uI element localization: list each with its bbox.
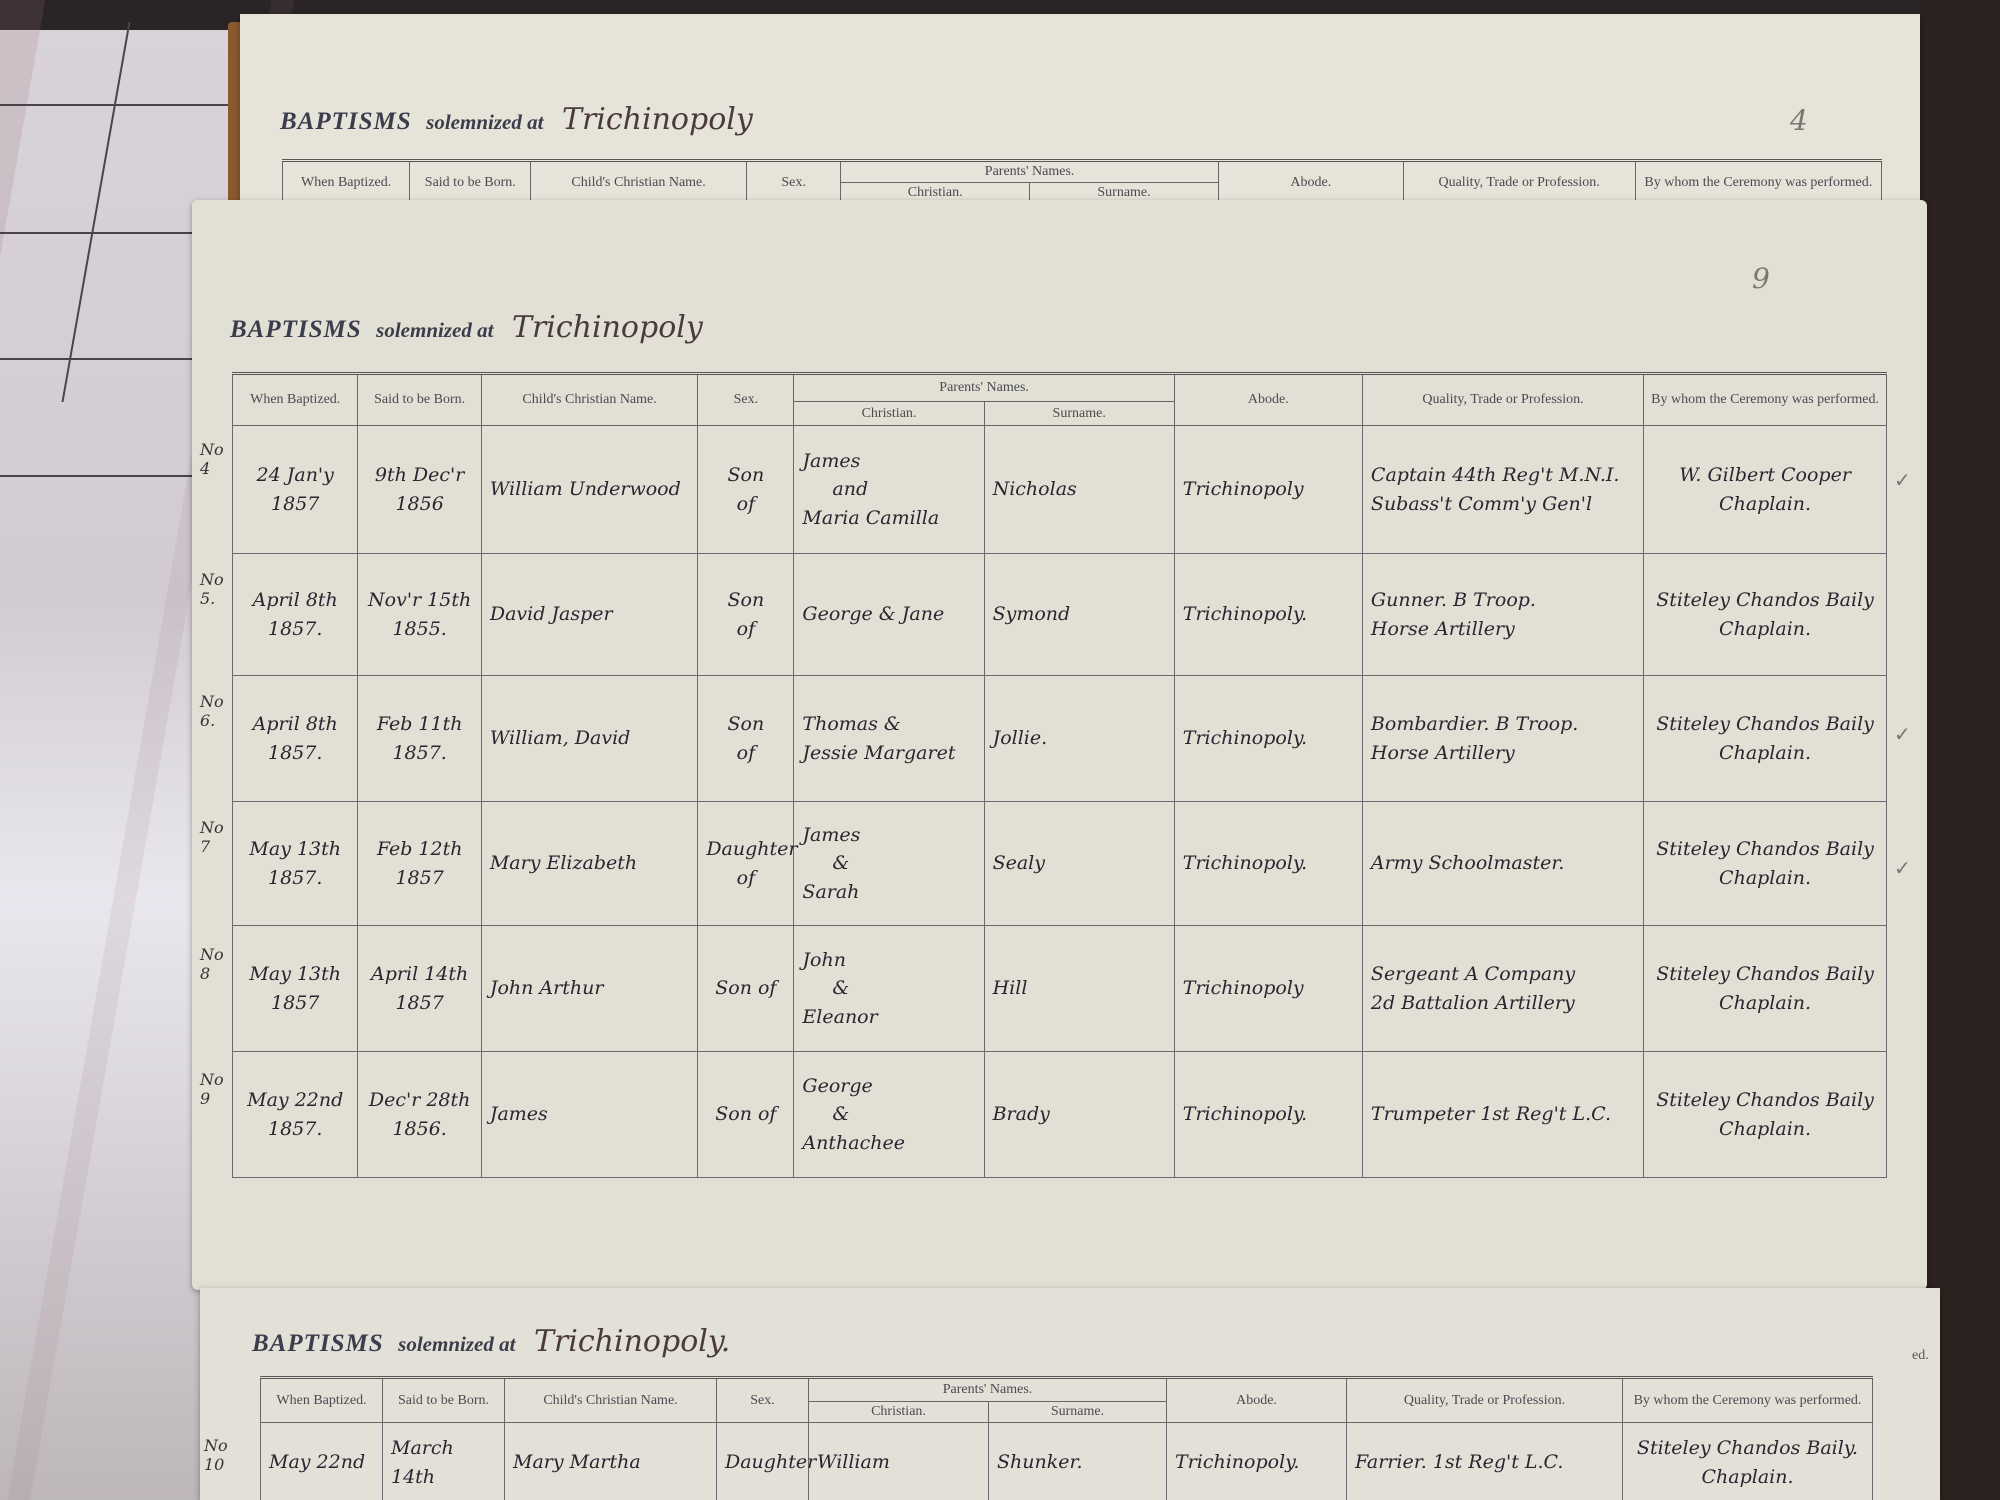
- text-quality: Bombardier. B Troop.: [1371, 710, 1635, 739]
- text-quality: Horse Artillery: [1371, 739, 1635, 768]
- cell-child-name: John Arthur: [481, 926, 697, 1052]
- cell-surname: Hill: [984, 926, 1174, 1052]
- text-sex: Son of: [706, 974, 785, 1003]
- col-quality: Quality, Trade or Profession.: [1403, 161, 1635, 204]
- cell-surname: Brady: [984, 1052, 1174, 1178]
- text-baptized-year: 1857.: [241, 1115, 349, 1144]
- col-performed-by: By whom the Ceremony was performed.: [1644, 374, 1887, 426]
- cell-sex: Son of: [698, 1052, 794, 1178]
- cell-surname: Sealy: [984, 802, 1174, 926]
- cell-child-name: Mary Elizabeth: [481, 802, 697, 926]
- cell-born: 9th Dec'r1856: [358, 426, 481, 554]
- cell-performed-by: Stiteley Chandos BailyChaplain.: [1644, 926, 1887, 1052]
- text-parent-join: and: [802, 475, 975, 504]
- entry-number: No 8: [200, 945, 220, 983]
- text-born-date: Feb 12th: [366, 835, 472, 864]
- text-baptized-date: May 13th: [241, 835, 349, 864]
- text-baptized-date: May 13th: [241, 960, 349, 989]
- text-born-date: April 14th: [366, 960, 472, 989]
- col-said-born: Said to be Born.: [410, 161, 531, 204]
- col-sex: Sex.: [717, 1378, 809, 1423]
- text-baptized-year: 1857.: [241, 739, 349, 768]
- col-parents-christian: Christian.: [794, 402, 984, 426]
- check-mark-icon: ✓: [1894, 856, 1911, 881]
- cell-abode: Trichinopoly.: [1174, 676, 1362, 802]
- cell-child-name: Mary Martha: [505, 1423, 717, 1500]
- text-quality: 2d Battalion Artillery: [1371, 989, 1635, 1018]
- col-when-baptized: When Baptized.: [261, 1378, 383, 1423]
- col-parents-surname: Surname.: [984, 402, 1174, 426]
- cell-surname: Shunker.: [989, 1423, 1167, 1500]
- text-baptized-date: 24 Jan'y: [241, 461, 349, 490]
- text-baptized-year: 1857: [241, 490, 349, 519]
- heading-place: Trichinopoly: [512, 310, 703, 345]
- text-born-year: 1855.: [366, 615, 472, 644]
- cell-parents-christian: James&Sarah: [794, 802, 984, 926]
- cell-parents-christian: John&Eleanor: [794, 926, 984, 1052]
- text-officiant-title: Chaplain.: [1652, 864, 1878, 893]
- cell-baptized: May 13th1857: [233, 926, 358, 1052]
- text-baptized-date: April 8th: [241, 710, 349, 739]
- text-parent: Sarah: [802, 878, 975, 907]
- cell-surname: Jollie.: [984, 676, 1174, 802]
- text-parent: Eleanor: [802, 1003, 975, 1032]
- text-sex-of: of: [706, 490, 785, 519]
- cell-baptized: May 22nd1857.: [233, 1052, 358, 1178]
- cell-born: Nov'r 15th1855.: [358, 554, 481, 676]
- floor-tile-seam: [0, 104, 240, 106]
- cell-abode: Trichinopoly.: [1174, 802, 1362, 926]
- cell-child-name: David Jasper: [481, 554, 697, 676]
- text-baptized-date: May 22nd: [241, 1086, 349, 1115]
- col-parents-names: Parents' Names.: [841, 161, 1219, 183]
- book-cover-edge: [1920, 0, 2000, 1500]
- col-parents-christian: Christian.: [809, 1402, 989, 1423]
- text-born-date: Feb 11th: [366, 710, 472, 739]
- col-said-born: Said to be Born.: [358, 374, 481, 426]
- col-performed-by: By whom the Ceremony was performed.: [1635, 161, 1881, 204]
- col-child-name: Child's Christian Name.: [531, 161, 747, 204]
- col-parents-names: Parents' Names.: [809, 1378, 1167, 1402]
- cell-parents-christian: Thomas &Jessie Margaret: [794, 676, 984, 802]
- text-born-year: 1857.: [366, 739, 472, 768]
- entry-number: No 4: [200, 440, 220, 478]
- col-sex: Sex.: [698, 374, 794, 426]
- cell-sex: Daughterof: [698, 802, 794, 926]
- cell-parents-christian: George&Anthachee: [794, 1052, 984, 1178]
- cell-child-name: William, David: [481, 676, 697, 802]
- cell-sex: Sonof: [698, 676, 794, 802]
- entry-number: No 7: [200, 818, 220, 856]
- text-sex: Son: [706, 586, 785, 615]
- register-entry-row: April 8th1857. Nov'r 15th1855. David Jas…: [233, 554, 1887, 676]
- cell-parents-christian: George & Jane: [794, 554, 984, 676]
- cell-baptized: April 8th1857.: [233, 676, 358, 802]
- cell-performed-by: W. Gilbert CooperChaplain.: [1644, 426, 1887, 554]
- cell-parents-christian: JamesandMaria Camilla: [794, 426, 984, 554]
- text-officiant-title: Chaplain.: [1652, 989, 1878, 1018]
- register-page-main: 9 BAPTISMS solemnized at Trichinopoly No…: [192, 200, 1927, 1290]
- cell-quality: Gunner. B Troop.Horse Artillery: [1362, 554, 1643, 676]
- text-baptized-year: 1857.: [241, 615, 349, 644]
- col-sex: Sex.: [746, 161, 840, 204]
- heading-baptisms: BAPTISMS: [280, 108, 412, 135]
- text-officiant: Stiteley Chandos Baily: [1652, 1086, 1878, 1115]
- col-said-born: Said to be Born.: [383, 1378, 505, 1423]
- cell-baptized: April 8th1857.: [233, 554, 358, 676]
- cell-parents-christian: William: [809, 1423, 989, 1500]
- text-born-date: 9th Dec'r: [366, 461, 472, 490]
- text-officiant-title: Chaplain.: [1652, 739, 1878, 768]
- text-quality: Sergeant A Company: [1371, 960, 1635, 989]
- register-entry-row: 24 Jan'y1857 9th Dec'r1856 William Under…: [233, 426, 1887, 554]
- text-officiant: Stiteley Chandos Baily.: [1631, 1434, 1864, 1463]
- cell-child-name: James: [481, 1052, 697, 1178]
- text-born-year: 1856: [366, 490, 472, 519]
- text-quality: Gunner. B Troop.: [1371, 586, 1635, 615]
- heading-solemnized: solemnized at: [376, 318, 493, 342]
- cell-baptized: May 13th1857.: [233, 802, 358, 926]
- page-heading-main: BAPTISMS solemnized at Trichinopoly: [230, 310, 703, 345]
- col-performed-by: By whom the Ceremony was performed.: [1623, 1378, 1873, 1423]
- cell-born: March 14th: [383, 1423, 505, 1500]
- cell-quality: Captain 44th Reg't M.N.I.Subass't Comm'y…: [1362, 426, 1643, 554]
- heading-solemnized: solemnized at: [426, 110, 543, 134]
- text-sex-of: of: [706, 739, 785, 768]
- text-baptized-year: 1857.: [241, 864, 349, 893]
- text-parent: George: [802, 1072, 975, 1101]
- text-officiant-title: Chaplain.: [1652, 1115, 1878, 1144]
- text-sex-of: of: [706, 615, 785, 644]
- text-officiant-title: Chaplain.: [1652, 615, 1878, 644]
- register-entry-row: May 22nd1857. Dec'r 28th1856. James Son …: [233, 1052, 1887, 1178]
- text-officiant: Stiteley Chandos Baily: [1652, 960, 1878, 989]
- cell-sex: Daughter: [717, 1423, 809, 1500]
- heading-baptisms: BAPTISMS: [252, 1330, 384, 1357]
- text-officiant: Stiteley Chandos Baily: [1652, 835, 1878, 864]
- text-officiant-title: Chaplain.: [1631, 1463, 1864, 1492]
- register-table-bottom: When Baptized. Said to be Born. Child's …: [260, 1376, 1873, 1500]
- text-born-date: Dec'r 28th: [366, 1086, 472, 1115]
- text-quality: Horse Artillery: [1371, 615, 1635, 644]
- page-heading-bottom: BAPTISMS solemnized at Trichinopoly.: [252, 1324, 730, 1359]
- text-officiant: Stiteley Chandos Baily: [1652, 586, 1878, 615]
- text-sex: Son of: [706, 1100, 785, 1129]
- cell-quality: Farrier. 1st Reg't L.C.: [1347, 1423, 1623, 1500]
- text-quality: Trumpeter 1st Reg't L.C.: [1371, 1100, 1635, 1129]
- cell-abode: Trichinopoly: [1174, 426, 1362, 554]
- cell-born: Feb 11th1857.: [358, 676, 481, 802]
- text-parent-join: &: [802, 849, 975, 878]
- cell-abode: Trichinopoly.: [1167, 1423, 1347, 1500]
- cell-surname: Symond: [984, 554, 1174, 676]
- cell-born: April 14th1857: [358, 926, 481, 1052]
- text-baptized-date: April 8th: [241, 586, 349, 615]
- col-child-name: Child's Christian Name.: [505, 1378, 717, 1423]
- cell-performed-by: Stiteley Chandos BailyChaplain.: [1644, 1052, 1887, 1178]
- register-entry-row: April 8th1857. Feb 11th1857. William, Da…: [233, 676, 1887, 802]
- text-parent: John: [802, 946, 975, 975]
- entry-number: No 5.: [200, 570, 220, 608]
- cell-performed-by: Stiteley Chandos BailyChaplain.: [1644, 802, 1887, 926]
- text-sex: Son: [706, 710, 785, 739]
- page-number-top: 4: [1790, 104, 1808, 137]
- register-entry-row: May 22nd March 14th Mary Martha Daughter…: [261, 1423, 1873, 1500]
- entry-number: No 9: [200, 1070, 220, 1108]
- col-when-baptized: When Baptized.: [233, 374, 358, 426]
- col-abode: Abode.: [1174, 374, 1362, 426]
- cell-quality: Trumpeter 1st Reg't L.C.: [1362, 1052, 1643, 1178]
- text-parent: Maria Camilla: [802, 504, 975, 533]
- text-officiant: Stiteley Chandos Baily: [1652, 710, 1878, 739]
- cell-sex: Son of: [698, 926, 794, 1052]
- check-mark-icon: ✓: [1894, 722, 1911, 747]
- heading-place: Trichinopoly: [562, 102, 753, 137]
- text-parent: James: [802, 821, 975, 850]
- cell-born: Feb 12th1857: [358, 802, 481, 926]
- cell-sex: Sonof: [698, 426, 794, 554]
- cell-abode: Trichinopoly: [1174, 926, 1362, 1052]
- adjacent-page-fragment: ed.: [1912, 1348, 1929, 1364]
- text-officiant-title: Chaplain.: [1652, 490, 1878, 519]
- cell-quality: Bombardier. B Troop.Horse Artillery: [1362, 676, 1643, 802]
- cell-baptized: 24 Jan'y1857: [233, 426, 358, 554]
- text-parent: James: [802, 447, 975, 476]
- cell-performed-by: Stiteley Chandos BailyChaplain.: [1644, 676, 1887, 802]
- col-when-baptized: When Baptized.: [283, 161, 410, 204]
- cell-performed-by: Stiteley Chandos BailyChaplain.: [1644, 554, 1887, 676]
- cell-abode: Trichinopoly.: [1174, 1052, 1362, 1178]
- text-baptized-year: 1857: [241, 989, 349, 1018]
- text-born-year: 1857: [366, 989, 472, 1018]
- text-born-year: 1856.: [366, 1115, 472, 1144]
- floor-tile-seam: [0, 232, 200, 234]
- text-born-year: 1857: [366, 864, 472, 893]
- entry-number: No 10: [204, 1436, 228, 1474]
- floor-tile-seam: [0, 475, 200, 477]
- text-quality: Army Schoolmaster.: [1371, 849, 1635, 878]
- text-parent-join: &: [802, 1100, 975, 1129]
- cell-child-name: William Underwood: [481, 426, 697, 554]
- cell-born: Dec'r 28th1856.: [358, 1052, 481, 1178]
- cell-quality: Army Schoolmaster.: [1362, 802, 1643, 926]
- col-parents-surname: Surname.: [989, 1402, 1167, 1423]
- heading-baptisms: BAPTISMS: [230, 316, 362, 343]
- text-quality: Captain 44th Reg't M.N.I.: [1371, 461, 1635, 490]
- text-officiant: W. Gilbert Cooper: [1652, 461, 1878, 490]
- floor-tile-seam: [0, 358, 200, 360]
- page-number-main: 9: [1752, 262, 1770, 295]
- entry-number: No 6.: [200, 692, 220, 730]
- cell-baptized: May 22nd: [261, 1423, 383, 1500]
- text-born-date: Nov'r 15th: [366, 586, 472, 615]
- col-abode: Abode.: [1167, 1378, 1347, 1423]
- text-sex: Daughter: [706, 835, 785, 864]
- col-parents-names: Parents' Names.: [794, 374, 1174, 402]
- cell-quality: Sergeant A Company2d Battalion Artillery: [1362, 926, 1643, 1052]
- register-page-bottom: BAPTISMS solemnized at Trichinopoly. No …: [200, 1288, 1940, 1500]
- col-quality: Quality, Trade or Profession.: [1347, 1378, 1623, 1423]
- text-quality: Subass't Comm'y Gen'l: [1371, 490, 1635, 519]
- col-child-name: Child's Christian Name.: [481, 374, 697, 426]
- cell-performed-by: Stiteley Chandos Baily.Chaplain.: [1623, 1423, 1873, 1500]
- col-abode: Abode.: [1218, 161, 1403, 204]
- col-quality: Quality, Trade or Profession.: [1362, 374, 1643, 426]
- text-parent: George & Jane: [802, 600, 975, 629]
- cell-sex: Sonof: [698, 554, 794, 676]
- cell-surname: Nicholas: [984, 426, 1174, 554]
- register-entry-row: May 13th1857. Feb 12th1857 Mary Elizabet…: [233, 802, 1887, 926]
- register-header-top: When Baptized. Said to be Born. Child's …: [282, 159, 1882, 204]
- text-sex: Son: [706, 461, 785, 490]
- text-parent: Thomas &: [802, 710, 975, 739]
- heading-place: Trichinopoly.: [534, 1324, 730, 1359]
- heading-solemnized: solemnized at: [398, 1332, 515, 1356]
- baptism-register-table: When Baptized. Said to be Born. Child's …: [232, 372, 1887, 1178]
- register-entry-row: May 13th1857 April 14th1857 John Arthur …: [233, 926, 1887, 1052]
- check-mark-icon: ✓: [1894, 468, 1911, 493]
- page-heading-top: BAPTISMS solemnized at Trichinopoly: [280, 102, 753, 137]
- text-parent: Anthachee: [802, 1129, 975, 1158]
- text-parent-join: &: [802, 974, 975, 1003]
- text-sex-of: of: [706, 864, 785, 893]
- text-parent: Jessie Margaret: [802, 739, 975, 768]
- cell-abode: Trichinopoly.: [1174, 554, 1362, 676]
